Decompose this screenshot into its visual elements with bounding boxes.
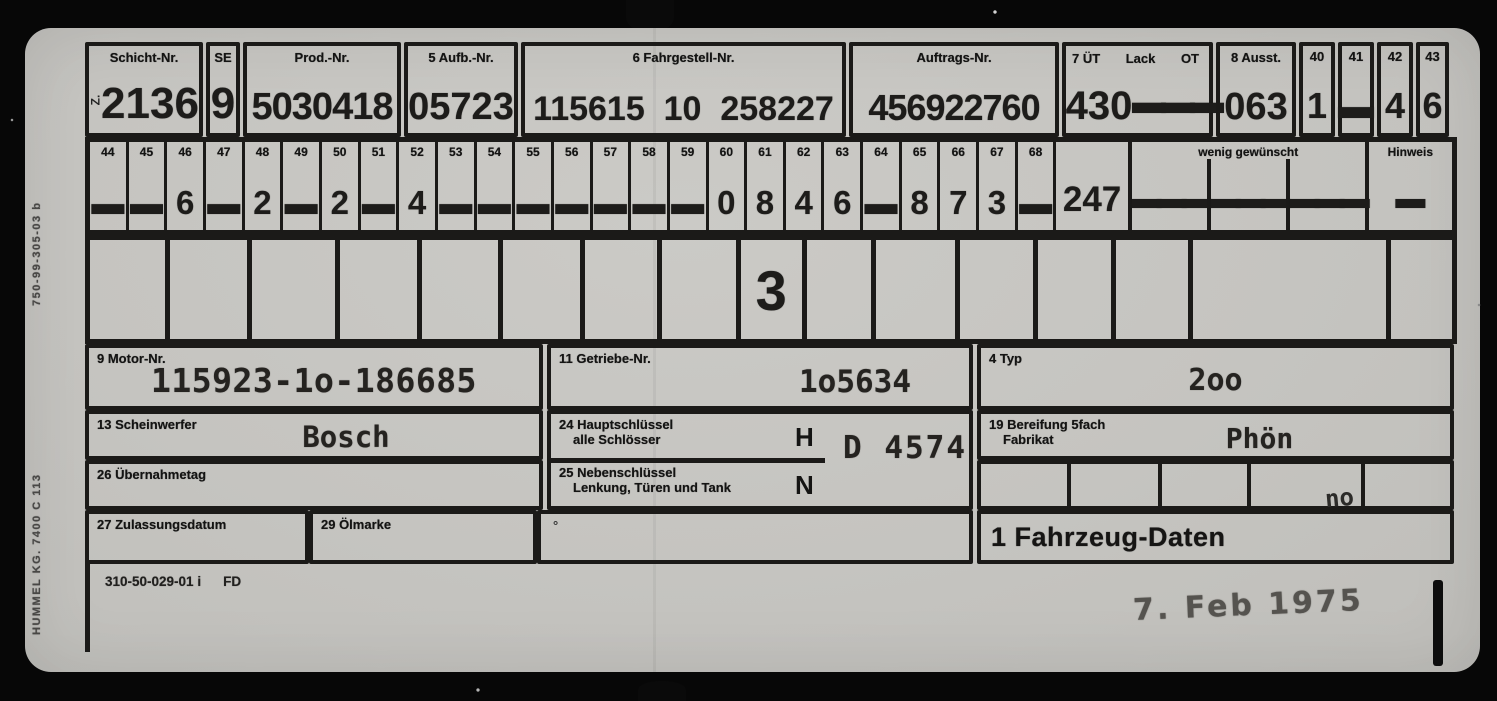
grid-cell (340, 240, 422, 339)
field-scheinwerfer: 13 Scheinwerfer Bosch (85, 410, 543, 460)
col-value: ▬ (285, 186, 318, 219)
col-value: 7 (949, 186, 967, 219)
wenig-dash: ▬▬▬ (1290, 184, 1365, 214)
key-number: D 4574 (843, 430, 967, 466)
row2-col-68: 68▬ (1018, 142, 1057, 230)
uet-label: 7 ÜT (1072, 51, 1100, 66)
z-marker: Z. (88, 95, 102, 106)
col-number: 68 (1029, 142, 1042, 159)
header-row: Schicht-Nr. Z. 2136 SE 9 Prod.-Nr. 50304… (85, 42, 1457, 137)
field-label: Schicht-Nr. (89, 46, 199, 65)
ot-label: OT (1181, 51, 1199, 66)
row2-col-50: 502 (322, 142, 361, 230)
row2-col-64: 64▬ (863, 142, 902, 230)
col-value: 4 (1385, 88, 1405, 124)
grid-cell (807, 240, 876, 339)
tire-cell (981, 464, 1067, 506)
card-title-box: 1 Fahrzeug-Daten (977, 510, 1454, 564)
grid-cell (170, 240, 252, 339)
field-bereifung: 19 Bereifung 5fach Fabrikat Phön (977, 410, 1454, 460)
col-value: ▬ (1019, 186, 1052, 219)
field-value: Phön (1025, 422, 1494, 455)
col-number: 65 (913, 142, 926, 159)
row2-col-55: 55▬ (515, 142, 554, 230)
col-number: 61 (758, 142, 771, 159)
hauptschluessel-label: 24 Hauptschlüssel alle Schlösser (559, 418, 673, 448)
col-number: 62 (797, 142, 810, 159)
col-number: 54 (488, 142, 501, 159)
field-label: SE (210, 46, 236, 65)
col-value: ▬ (130, 186, 163, 219)
col-number: 66 (952, 142, 965, 159)
wenig-cell: ▬▬▬ (1207, 159, 1286, 230)
col-value: 2 (253, 186, 271, 219)
field-se: SE 9 (206, 42, 240, 137)
field-value: 063 (1224, 88, 1287, 126)
field-value: 9 (211, 82, 235, 126)
col-number: 56 (565, 142, 578, 159)
hinweis-value: ▬ (1395, 184, 1425, 214)
row2-col-57: 57▬ (593, 142, 632, 230)
col-number: 67 (990, 142, 1003, 159)
col-number: 64 (874, 142, 887, 159)
vehicle-data-card: 750-99-305-03 b HUMMEL KG. 7400 C 113 Sc… (25, 28, 1480, 672)
row2-col-51: 51▬ (361, 142, 400, 230)
ink-mark (1433, 580, 1443, 666)
col-number: 48 (256, 142, 269, 159)
col-value: 6 (833, 186, 851, 219)
grid-cell (1391, 240, 1452, 339)
grid-cell (503, 240, 585, 339)
scanner-background: 750-99-305-03 b HUMMEL KG. 7400 C 113 Sc… (0, 0, 1497, 701)
tire-cells-row (977, 460, 1454, 510)
col-number: 40 (1303, 46, 1331, 64)
row2-col-62: 624 (786, 142, 825, 230)
table-left-border (85, 562, 90, 652)
row2-col-56: 56▬ (554, 142, 593, 230)
field-uet-lack-ot: 7 ÜT Lack OT 430 ▬▬▬ (1062, 42, 1213, 137)
col-number: 41 (1342, 46, 1370, 64)
col-value: 8 (910, 186, 928, 219)
col-number: 47 (217, 142, 230, 159)
label-line1: 24 Hauptschlüssel (559, 417, 673, 432)
key-letter-h: H (795, 422, 814, 453)
field-auftrags-nr: Auftrags-Nr. 456922760 (849, 42, 1059, 137)
label-line2: alle Schlösser (559, 433, 673, 448)
row2-col-45: 45▬ (129, 142, 168, 230)
row2-col-53: 53▬ (438, 142, 477, 230)
field-col-43: 436 (1416, 42, 1449, 137)
col-value: ▬ (91, 186, 124, 219)
tire-cell (1158, 464, 1247, 506)
blank-cell: ° (537, 510, 973, 564)
row2-col-61: 618 (747, 142, 786, 230)
empty-grid-row: 3 (85, 235, 1457, 344)
col-number: 44 (101, 142, 114, 159)
field-ausstattung: 8 Ausst. 063 (1216, 42, 1296, 137)
row2-col-49: 49▬ (283, 142, 322, 230)
stamp-3: 3 (756, 263, 787, 319)
col-number: 49 (294, 142, 307, 159)
degree-mark: ° (553, 518, 558, 533)
wenig-cell: ▬▬▬ (1286, 159, 1365, 230)
field-value: 5030418 (252, 88, 393, 126)
grid-cell (1193, 240, 1391, 339)
field-value: 115615 10 258227 (533, 92, 834, 126)
col-value: 2 (331, 186, 349, 219)
field-label: 26 Übernahmetag (97, 468, 206, 483)
col-number: 57 (604, 142, 617, 159)
col-number: 42 (1381, 46, 1409, 64)
col-value: 3 (988, 186, 1006, 219)
field-label: 29 Ölmarke (321, 518, 391, 533)
field-col-42: 424 (1377, 42, 1413, 137)
key-letter-n: N (795, 470, 814, 501)
label-line2: Lenkung, Türen und Tank (559, 481, 731, 496)
field-label: Prod.-Nr. (247, 46, 397, 65)
field-motor-nr: 9 Motor-Nr. 115923-1o-186685 (85, 344, 543, 410)
code-247-cell: 247 (1056, 142, 1131, 230)
row2-col-44: 44▬ (90, 142, 129, 230)
col-number: 58 (642, 142, 655, 159)
row2-col-47: 47▬ (206, 142, 245, 230)
col-value: 6 (1422, 88, 1442, 124)
nebenschluessel-label: 25 Nebenschlüssel Lenkung, Türen und Tan… (559, 466, 731, 496)
code-value: 247 (1063, 182, 1121, 217)
field-typ: 4 Typ 2oo (977, 344, 1454, 410)
field-label: 6 Fahrgestell-Nr. (525, 46, 842, 65)
col-number: 55 (526, 142, 539, 159)
col-number: 53 (449, 142, 462, 159)
grid-cell (960, 240, 1037, 339)
scan-artifact-bottom (638, 681, 686, 701)
field-value: Bosch (121, 420, 571, 454)
row2-col-58: 58▬ (631, 142, 670, 230)
partial-divider (551, 458, 825, 463)
col-number: 52 (410, 142, 423, 159)
hinweis-cell: Hinweis ▬ (1369, 142, 1452, 230)
row2-col-60: 600 (709, 142, 748, 230)
field-label: 7 ÜT Lack OT (1066, 46, 1209, 66)
col-value: ▬ (517, 186, 550, 219)
field-label: 11 Getriebe-Nr. (559, 352, 651, 367)
grid-cell (252, 240, 340, 339)
field-schluessel-group: 24 Hauptschlüssel alle Schlösser 25 Nebe… (547, 410, 973, 510)
field-uebernahmetag: 26 Übernahmetag (85, 460, 543, 510)
field-fahrgestell-nr: 6 Fahrgestell-Nr. 115615 10 258227 (521, 42, 846, 137)
wenig-gewuenscht-group: wenig gewünscht ▬▬▬▬▬▬▬▬▬ (1132, 142, 1369, 230)
field-zulassungsdatum: 27 Zulassungsdatum (85, 510, 309, 564)
grid-cell (90, 240, 170, 339)
wenig-label: wenig gewünscht (1132, 142, 1365, 159)
row2-col-48: 482 (245, 142, 284, 230)
col-value: ▬ (864, 186, 897, 219)
wenig-dash: ▬▬▬ (1211, 184, 1286, 214)
grid-cell (1116, 240, 1193, 339)
row2-col-65: 658 (902, 142, 941, 230)
row2-col-67: 673 (979, 142, 1018, 230)
row2-col-52: 524 (399, 142, 438, 230)
side-print-top: 750-99-305-03 b (31, 116, 43, 306)
col-number: 59 (681, 142, 694, 159)
tire-cell (1361, 464, 1450, 506)
form-code: FD (223, 574, 241, 589)
grid-cell (422, 240, 503, 339)
grid-cell (585, 240, 662, 339)
row2-col-46: 466 (167, 142, 206, 230)
field-value: 05723 (408, 88, 514, 126)
field-label: Auftrags-Nr. (853, 46, 1055, 65)
field-col-41: 41▬ (1338, 42, 1374, 137)
uet-value: 430 (1066, 66, 1132, 133)
col-value: ▬ (362, 186, 395, 219)
row2-col-59: 59▬ (670, 142, 709, 230)
col-value: 0 (717, 186, 735, 219)
ot-dash: ▬▬▬ (1132, 66, 1219, 133)
col-value: ▬ (207, 186, 240, 219)
grid-cell (876, 240, 961, 339)
field-value: 115923-1o-186685 (89, 361, 539, 400)
field-label: 8 Ausst. (1220, 46, 1292, 65)
tire-cell (1067, 464, 1157, 506)
code-row: 44▬45▬46647▬48249▬50251▬52453▬54▬55▬56▬5… (85, 137, 1457, 235)
field-aufbau-nr: 5 Aufb.-Nr. 05723 (404, 42, 518, 137)
hinweis-label: Hinweis (1388, 142, 1433, 159)
col-number: 43 (1420, 46, 1445, 64)
field-value: 456922760 (868, 90, 1039, 126)
col-value: ▬ (671, 186, 704, 219)
col-value: ▬ (478, 186, 511, 219)
lack-label: Lack (1126, 51, 1156, 66)
grid-cell (662, 240, 740, 339)
col-number: 60 (720, 142, 733, 159)
row2-col-63: 636 (824, 142, 863, 230)
field-label: 5 Aufb.-Nr. (408, 46, 514, 65)
wenig-cell: ▬▬▬ (1132, 159, 1207, 230)
grid-cell (1038, 240, 1116, 339)
col-number: 50 (333, 142, 346, 159)
col-value: ▬ (439, 186, 472, 219)
date-stamp: 7. Feb 1975 (1132, 583, 1364, 628)
col-value: 4 (794, 186, 812, 219)
row2-col-66: 667 (940, 142, 979, 230)
col-value: ▬ (1338, 88, 1374, 124)
field-value: 2136 (89, 82, 199, 126)
wenig-cells: ▬▬▬▬▬▬▬▬▬ (1132, 159, 1365, 230)
form-number: 310-50-029-01 i (105, 574, 201, 589)
col-value: 1 (1307, 88, 1327, 124)
card-title: 1 Fahrzeug-Daten (981, 522, 1226, 553)
field-schicht-nr: Schicht-Nr. Z. 2136 (85, 42, 203, 137)
label-line1: 25 Nebenschlüssel (559, 465, 676, 480)
field-getriebe-nr: 11 Getriebe-Nr. 1o5634 (547, 344, 973, 410)
field-col-40: 401 (1299, 42, 1335, 137)
field-value: 2oo (981, 363, 1450, 398)
wenig-dash: ▬▬▬ (1132, 184, 1207, 214)
row2-col-54: 54▬ (477, 142, 516, 230)
col-value: ▬ (594, 186, 627, 219)
uet-values: 430 ▬▬▬ (1066, 66, 1209, 133)
col-value: 6 (176, 186, 194, 219)
form-number-line: 310-50-029-01 iFD (105, 574, 241, 589)
field-label: 27 Zulassungsdatum (97, 518, 226, 533)
col-number: 51 (372, 142, 385, 159)
col-value: 4 (408, 186, 426, 219)
col-value: ▬ (555, 186, 588, 219)
col-number: 45 (140, 142, 153, 159)
col-value: ▬ (633, 186, 666, 219)
side-print-bottom: HUMMEL KG. 7400 C 113 (31, 363, 43, 635)
col-value: 8 (756, 186, 774, 219)
col-number: 63 (836, 142, 849, 159)
handwritten-note: no (1324, 483, 1355, 513)
field-oelmarke: 29 Ölmarke (309, 510, 537, 564)
field-value: 1o5634 (799, 364, 911, 400)
col-number: 46 (178, 142, 191, 159)
grid-cell: 3 (741, 240, 807, 339)
field-prod-nr: Prod.-Nr. 5030418 (243, 42, 401, 137)
